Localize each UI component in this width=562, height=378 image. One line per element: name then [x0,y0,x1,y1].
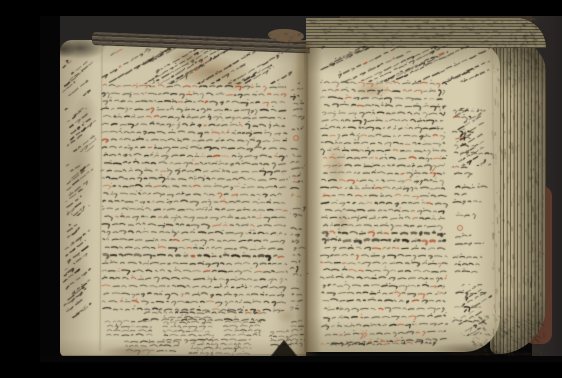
manuscript-photo [40,16,562,362]
frame-bar-left [40,16,60,362]
manuscript-canvas [40,16,562,362]
frame-bar-bottom [40,356,562,362]
